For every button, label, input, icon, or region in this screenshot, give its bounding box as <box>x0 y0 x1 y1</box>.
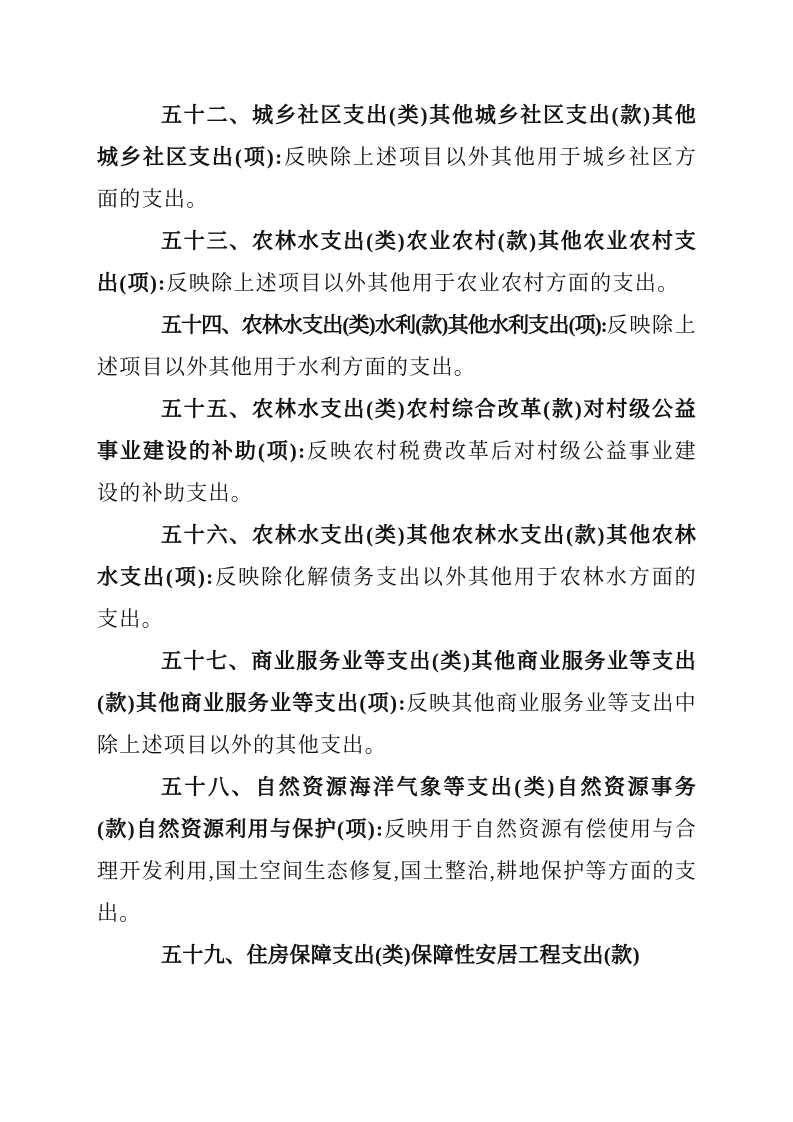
paragraph-53: 五十三、农林水支出(类)农业农村(款)其他农业农村支出(项):反映除上述项目以外… <box>97 220 697 304</box>
paragraph-59: 五十九、住房保障支出(类)保障性安居工程支出(款) <box>97 934 697 976</box>
document-page: 五十二、城乡社区支出(类)其他城乡社区支出(款)其他城乡社区支出(项):反映除上… <box>0 0 793 1122</box>
paragraph-52: 五十二、城乡社区支出(类)其他城乡社区支出(款)其他城乡社区支出(项):反映除上… <box>97 94 697 220</box>
paragraph-56: 五十六、农林水支出(类)其他农林水支出(款)其他农林水支出(项):反映除化解债务… <box>97 514 697 640</box>
paragraph-53-body: 反映除上述项目以外其他用于农业农村方面的支出。 <box>166 271 679 295</box>
paragraph-54: 五十四、农林水支出(类)水利(款)其他水利支出(项):反映除上述项目以外其他用于… <box>97 304 697 388</box>
paragraph-57: 五十七、商业服务业等支出(类)其他商业服务业等支出(款)其他商业服务业等支出(项… <box>97 640 697 766</box>
paragraph-54-heading: 五十四、农林水支出(类)水利(款)其他水利支出(项): <box>161 313 606 337</box>
paragraph-55: 五十五、农林水支出(类)农村综合改革(款)对村级公益事业建设的补助(项):反映农… <box>97 388 697 514</box>
paragraph-58: 五十八、自然资源海洋气象等支出(类)自然资源事务(款)自然资源利用与保护(项):… <box>97 766 697 934</box>
paragraph-59-heading: 五十九、住房保障支出(类)保障性安居工程支出(款) <box>161 943 640 967</box>
